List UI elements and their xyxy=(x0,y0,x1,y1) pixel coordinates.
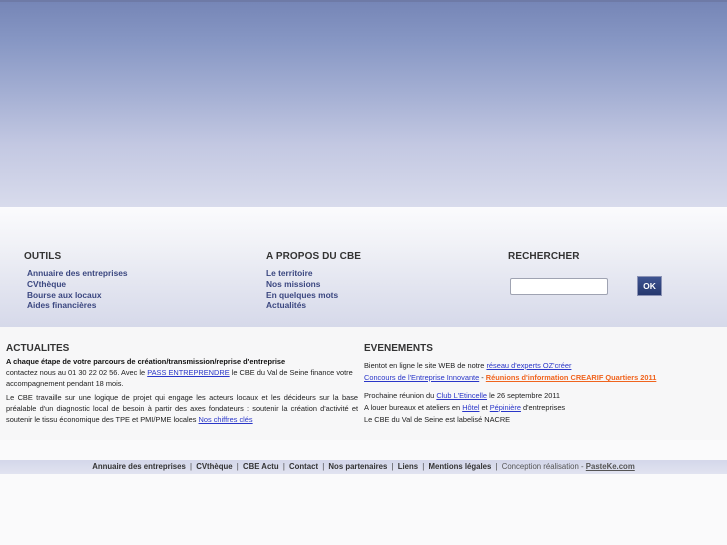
apropos-heading: A PROPOS DU CBE xyxy=(266,251,361,262)
actualites-paragraph-2: Le CBE travaille sur une logique de proj… xyxy=(6,392,358,425)
p1-text-before: contactez nous au 01 30 22 02 56. Avec l… xyxy=(6,368,147,377)
footer-link-liens[interactable]: Liens xyxy=(398,462,418,471)
event3-text-before: Prochaine réunion du xyxy=(364,391,436,400)
footer-link-pasteke[interactable]: PasteKe.com xyxy=(586,462,635,471)
nav-link-bourse-locaux[interactable]: Bourse aux locaux xyxy=(27,290,128,301)
footer-separator: | xyxy=(422,462,424,471)
apropos-section: A PROPOS DU CBE Le territoire Nos missio… xyxy=(266,251,361,311)
actualites-paragraph-1: contactez nous au 01 30 22 02 56. Avec l… xyxy=(6,367,358,389)
footer-link-partenaires[interactable]: Nos partenaires xyxy=(328,462,387,471)
chiffres-cles-link[interactable]: Nos chiffres clés xyxy=(199,415,253,424)
pepiniere-link[interactable]: Pépinière xyxy=(490,403,521,412)
nav-link-quelques-mots[interactable]: En quelques mots xyxy=(266,290,361,301)
pass-entreprendre-link[interactable]: PASS ENTREPRENDRE xyxy=(147,368,229,377)
event3-text-after: le 26 septembre 2011 xyxy=(487,391,560,400)
footer-link-cvtheque[interactable]: CVthèque xyxy=(196,462,232,471)
outils-section: OUTILS Annuaire des entreprises CVthèque… xyxy=(24,251,128,311)
footer-link-annuaire[interactable]: Annuaire des entreprises xyxy=(92,462,186,471)
event4-text-mid: et xyxy=(479,403,489,412)
nav-link-annuaire[interactable]: Annuaire des entreprises xyxy=(27,268,128,279)
event-line-5: Le CBE du Val de Seine est labelisé NACR… xyxy=(364,414,724,426)
nav-link-aides-financieres[interactable]: Aides financières xyxy=(27,300,128,311)
event-line-2: Concours de l'Entreprise Innovante - Réu… xyxy=(364,372,724,384)
footer-separator: | xyxy=(392,462,394,471)
event2-sep: - xyxy=(479,373,486,382)
search-heading: RECHERCHER xyxy=(508,251,580,262)
footer-separator: | xyxy=(190,462,192,471)
footer-link-contact[interactable]: Contact xyxy=(289,462,318,471)
footer-separator: | xyxy=(237,462,239,471)
club-etincelle-link[interactable]: Club L'Etincelle xyxy=(436,391,487,400)
concours-link[interactable]: Concours de l'Entreprise Innovante xyxy=(364,373,479,382)
footer-link-cbe-actu[interactable]: CBE Actu xyxy=(243,462,279,471)
p2-text: Le CBE travaille sur une logique de proj… xyxy=(6,393,358,424)
event-line-1: Bientot en ligne le site WEB de notre ré… xyxy=(364,360,724,372)
footer-credit: Conception réalisation - xyxy=(502,462,586,471)
hotel-link[interactable]: Hôtel xyxy=(462,403,479,412)
footer-separator: | xyxy=(283,462,285,471)
nav-link-cvtheque[interactable]: CVthèque xyxy=(27,279,128,290)
footer-link-mentions-legales[interactable]: Mentions légales xyxy=(428,462,491,471)
page-bottom xyxy=(0,474,727,545)
footer-bar: Annuaire des entreprises | CVthèque | CB… xyxy=(0,460,727,474)
outils-heading: OUTILS xyxy=(24,251,128,262)
evenements-heading: EVENEMENTS xyxy=(364,343,724,354)
event4-text-before: A louer bureaux et ateliers en xyxy=(364,403,462,412)
actualites-section: ACTUALITES A chaque étape de votre parco… xyxy=(6,343,358,425)
actualites-heading: ACTUALITES xyxy=(6,343,358,354)
event4-text-after: d'entreprises xyxy=(521,403,565,412)
search-ok-button[interactable]: OK xyxy=(637,276,662,296)
search-input[interactable] xyxy=(510,278,608,295)
event-line-4: A louer bureaux et ateliers en Hôtel et … xyxy=(364,402,724,414)
footer-separator: | xyxy=(322,462,324,471)
actualites-intro: A chaque étape de votre parcours de créa… xyxy=(6,357,358,367)
footer-separator: | xyxy=(495,462,497,471)
reseau-experts-link[interactable]: réseau d'experts OZ'créer xyxy=(486,361,571,370)
header-banner xyxy=(0,0,727,207)
event-line-3: Prochaine réunion du Club L'Etincelle le… xyxy=(364,390,724,402)
event1-text: Bientot en ligne le site WEB de notre xyxy=(364,361,486,370)
evenements-section: EVENEMENTS Bientot en ligne le site WEB … xyxy=(364,343,724,426)
nav-link-territoire[interactable]: Le territoire xyxy=(266,268,361,279)
nav-link-missions[interactable]: Nos missions xyxy=(266,279,361,290)
nav-link-actualites[interactable]: Actualités xyxy=(266,300,361,311)
search-section: RECHERCHER xyxy=(508,251,580,268)
crearif-link[interactable]: Réunions d'information CREARIF Quartiers… xyxy=(486,373,657,382)
